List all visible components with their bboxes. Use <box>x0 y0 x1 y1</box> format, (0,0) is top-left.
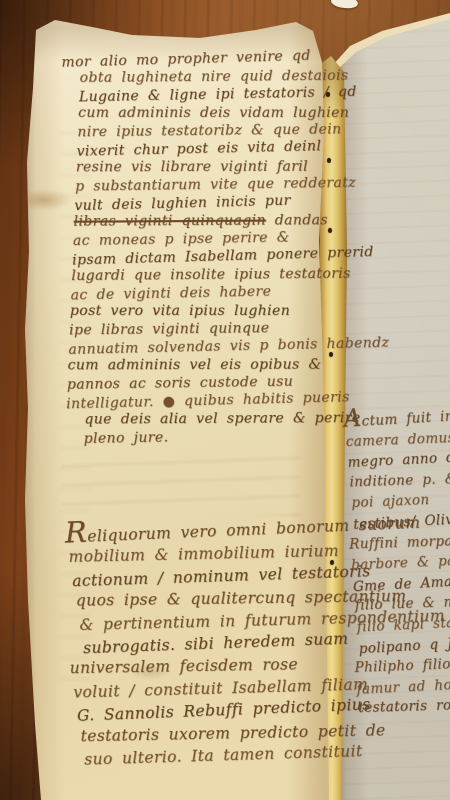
manuscript-line: post vero vita ipius lughien <box>70 302 327 320</box>
manuscript-line: resine vis librare viginti faril <box>76 158 325 177</box>
manuscript-line: cum admininis deis vidam lughien <box>78 104 324 122</box>
manuscript-line: testatoris rog <box>358 694 450 719</box>
struck-text: libras viginti quinquagin <box>74 213 266 230</box>
sewing-dot <box>328 228 332 233</box>
right-page-text-column: Actum fuit in vicamera domusmegro anno d… <box>343 401 450 721</box>
manuscript-line: pleno jure. <box>84 426 329 448</box>
manuscript-photo: mor alio mo propher venire qdobta lughin… <box>0 0 450 800</box>
sewing-dot <box>329 352 333 357</box>
sewing-dot <box>327 158 331 163</box>
manuscript-text-block-1: mor alio mo propher venire qdobta lughin… <box>61 48 329 448</box>
manuscript-line: cum admininis vel eis opibus & <box>68 356 328 375</box>
manuscript-line: Lugaine & ligne ipi testatoris / qd <box>79 84 324 107</box>
manuscript-text-block-2: Reliquorum vero omni bonorum suorummobil… <box>65 512 334 771</box>
show-through-between-blocks <box>62 452 300 516</box>
manuscript-line: filio lue & mor <box>355 590 450 616</box>
